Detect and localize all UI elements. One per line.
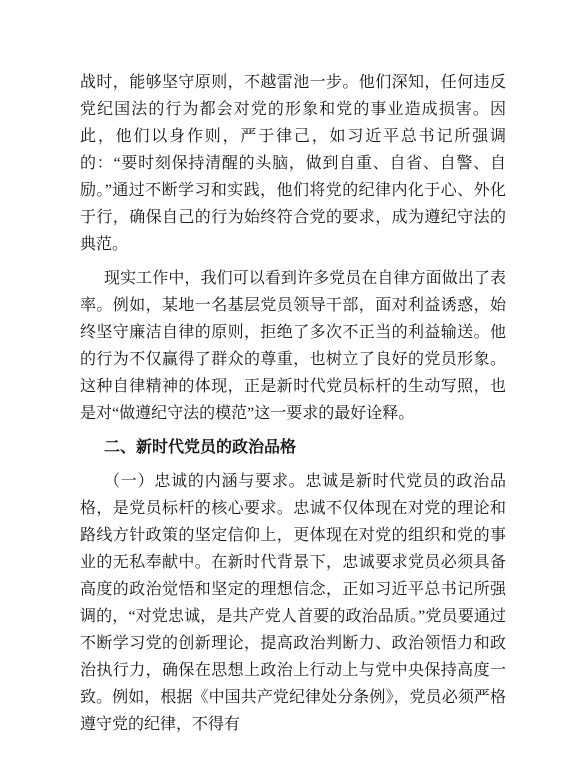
document-page: 战时，能够坚守原则，不越雷池一步。他们深知，任何违反党纪国法的行为都会对党的形象… (0, 0, 586, 759)
body-paragraph-self-discipline-example: 现实工作中，我们可以看到许多党员在自律方面做出了表率。例如，某地一名基层党员领导… (80, 265, 506, 427)
body-paragraph-loyalty: （一）忠诚的内涵与要求。忠诚是新时代党员的政治品格，是党员标杆的核心要求。忠诚不… (80, 468, 506, 738)
section-heading-political-character: 二、新时代党员的政治品格 (80, 434, 506, 461)
body-paragraph-continuation: 战时，能够坚守原则，不越雷池一步。他们深知，任何违反党纪国法的行为都会对党的形象… (80, 69, 506, 258)
text-block: 战时，能够坚守原则，不越雷池一步。他们深知，任何违反党纪国法的行为都会对党的形象… (80, 69, 506, 745)
